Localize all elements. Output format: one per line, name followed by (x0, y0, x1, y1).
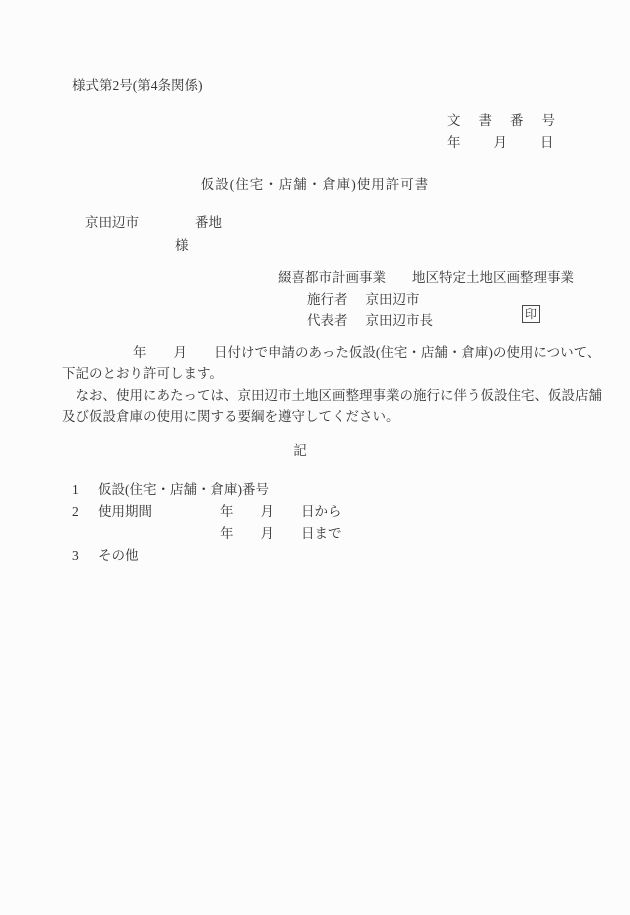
body-paragraph1-line1: 年 月 日付けで申請のあった仮設(住宅・店舗・倉庫)の使用について、 (62, 346, 600, 360)
project-prefix: 綴喜都市計画事業 (278, 270, 386, 285)
item-1-label: 仮設(住宅・店舗・倉庫)番号 (98, 483, 269, 497)
addressee-line: 京田辺市番地 (85, 216, 222, 230)
executor-line: 施行者京田辺市 (307, 293, 420, 307)
item-3-number: 3 (72, 549, 79, 563)
executor-name: 京田辺市 (366, 292, 420, 307)
addressee-city: 京田辺市 (85, 215, 139, 230)
addressee-honorific: 様 (175, 239, 189, 253)
permit-document-page: 様式第2号(第4条関係) 文書番号 年月日 仮設(住宅・店舗・倉庫)使用許可書 … (0, 0, 630, 915)
item-2-period-from-blank: 年 月 日から (220, 505, 342, 519)
seal-placeholder-box: 印 (522, 305, 540, 323)
body-paragraph1-line2: 下記のとおり許可します。 (62, 367, 223, 381)
project-suffix: 地区特定土地区画整理事業 (412, 270, 574, 285)
list-marker-ki: 記 (0, 444, 600, 458)
item-2-period-to-blank: 年 月 日まで (220, 527, 342, 541)
doc-number-label: 文書番号 (447, 114, 573, 128)
representative-name: 京田辺市長 (366, 313, 434, 328)
representative-label: 代表者 (307, 313, 348, 328)
body-paragraph2-line2: 及び仮設倉庫の使用に関する要綱を遵守してください。 (62, 410, 400, 424)
body-paragraph2-line1: なお、使用にあたっては、京田辺市土地区画整理事業の施行に伴う仮設住宅、仮設店舗 (62, 389, 602, 403)
representative-line: 代表者京田辺市長 (307, 314, 433, 328)
item-2-label: 使用期間 (98, 505, 152, 519)
seal-mark: 印 (525, 308, 537, 320)
document-title: 仮設(住宅・店舗・倉庫)使用許可書 (0, 178, 630, 192)
executor-label: 施行者 (307, 292, 348, 307)
project-line: 綴喜都市計画事業地区特定土地区画整理事業 (278, 271, 574, 285)
addressee-lot-suffix: 番地 (195, 215, 222, 230)
item-2-number: 2 (72, 505, 79, 519)
form-number: 様式第2号(第4条関係) (72, 79, 203, 93)
doc-date-blank: 年月日 (447, 136, 587, 150)
item-3-label: その他 (98, 549, 139, 563)
item-1-number: 1 (72, 483, 79, 497)
